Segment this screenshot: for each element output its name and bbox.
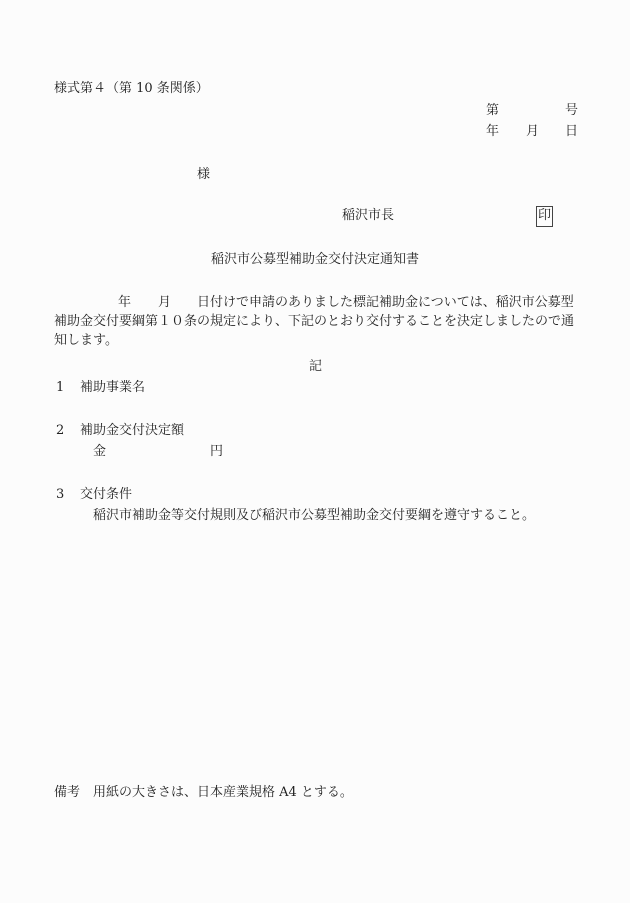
item-1-number: 1 (56, 381, 64, 394)
reference-go: 号 (565, 104, 578, 117)
body-line-2: 補助金交付要綱第１０条の規定により、下記のとおり交付することを決定しましたので通 (54, 312, 579, 331)
item-3-label: 交付条件 (80, 488, 132, 501)
item-1-label: 補助事業名 (80, 381, 145, 394)
reference-dai: 第 (486, 104, 499, 117)
ki-heading: 記 (309, 360, 322, 373)
date-month: 月 (526, 125, 539, 138)
addressee-suffix: 様 (197, 168, 210, 181)
seal-mark: 印 (536, 206, 553, 227)
issuer-name: 稲沢市長 (342, 209, 394, 222)
date-year: 年 (486, 125, 499, 138)
body-month: 月 (158, 295, 171, 310)
form-number: 様式第４（第 10 条関係） (54, 82, 209, 95)
seal-icon: 印 (536, 206, 553, 227)
item-3-detail: 稲沢市補助金等交付規則及び稲沢市公募型補助金交付要綱を遵守すること。 (93, 509, 535, 522)
body-year: 年 (118, 295, 131, 310)
body-line-3: 知します。 (54, 331, 579, 350)
date-day: 日 (565, 125, 578, 138)
amount-prefix: 金 (93, 445, 106, 458)
item-3-number: 3 (56, 488, 64, 501)
body-paragraph: 年月日付けで申請のありました標記補助金については、稲沢市公募型 補助金交付要綱第… (54, 293, 579, 350)
amount-suffix: 円 (210, 445, 223, 458)
document-title: 稲沢市公募型補助金交付決定通知書 (211, 253, 419, 266)
body-line1-text: 日付けで申請のありました標記補助金については、稲沢市公募型 (197, 295, 574, 310)
item-2-label: 補助金交付決定額 (80, 424, 184, 437)
body-line-1: 年月日付けで申請のありました標記補助金については、稲沢市公募型 (54, 293, 579, 312)
remarks: 備考 用紙の大きさは、日本産業規格 A4 とする。 (54, 786, 353, 799)
item-2-number: 2 (56, 424, 64, 437)
